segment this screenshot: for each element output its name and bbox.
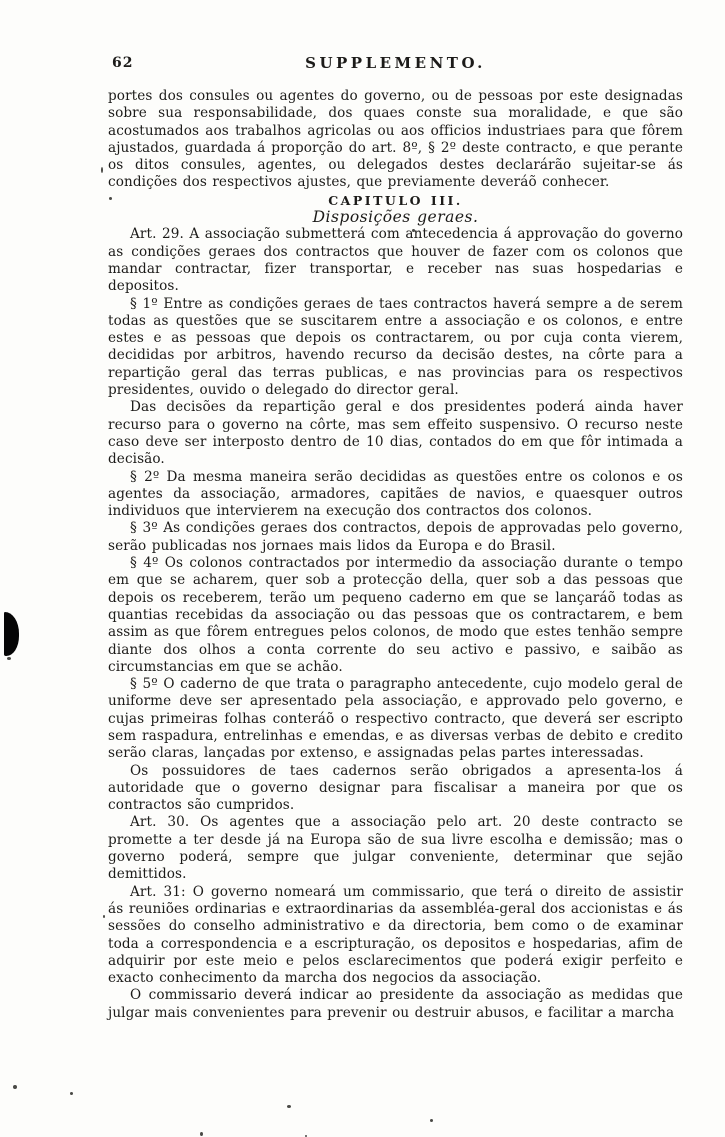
scan-speckle <box>7 657 11 660</box>
scan-speckle <box>109 197 112 200</box>
paragraph-s4: § 4º Os colonos contractados por interme… <box>108 555 683 676</box>
ink-blot-artifact <box>4 612 19 656</box>
scan-speckle <box>430 1119 433 1122</box>
scan-speckle <box>412 229 415 232</box>
scan-speckle <box>103 915 105 918</box>
scan-speckle <box>101 167 103 173</box>
text-column: portes dos consules ou agentes do govern… <box>108 88 683 1022</box>
paragraph-s1: § 1º Entre as condições geraes de taes c… <box>108 296 683 400</box>
scan-speckle <box>200 1132 203 1136</box>
paragraph-s2: § 2º Da mesma maneira serão decididas as… <box>108 469 683 521</box>
paragraph-art-29: Art. 29. A associação submetterá com ant… <box>108 226 683 295</box>
intro-paragraph: portes dos consules ou agentes do govern… <box>108 88 683 192</box>
paragraph-das-decisoes: Das decisões da repartição geral e dos p… <box>108 399 683 468</box>
running-title: SUPPLEMENTO. <box>108 54 683 72</box>
chapter-heading: CAPITULO III. <box>108 192 683 209</box>
paragraph-s5: § 5º O caderno de que trata o paragrapho… <box>108 676 683 762</box>
paragraph-s3: § 3º As condições geraes dos contractos,… <box>108 520 683 555</box>
paragraph-art-30: Art. 30. Os agentes que a associação pel… <box>108 814 683 883</box>
chapter-subheading: Disposições geraes. <box>108 209 683 226</box>
paragraph-o-commissario: O commissario deverá indicar ao presiden… <box>108 987 683 1022</box>
paragraph-os-possuidores: Os possuidores de taes cadernos serão ob… <box>108 763 683 815</box>
paragraph-art-31: Art. 31: O governo nomeará um commissari… <box>108 884 683 988</box>
scan-speckle <box>70 1092 73 1095</box>
document-page: 62 SUPPLEMENTO. portes dos consules ou a… <box>0 0 725 1137</box>
scan-speckle <box>13 1085 17 1089</box>
scan-speckle <box>287 1105 291 1108</box>
